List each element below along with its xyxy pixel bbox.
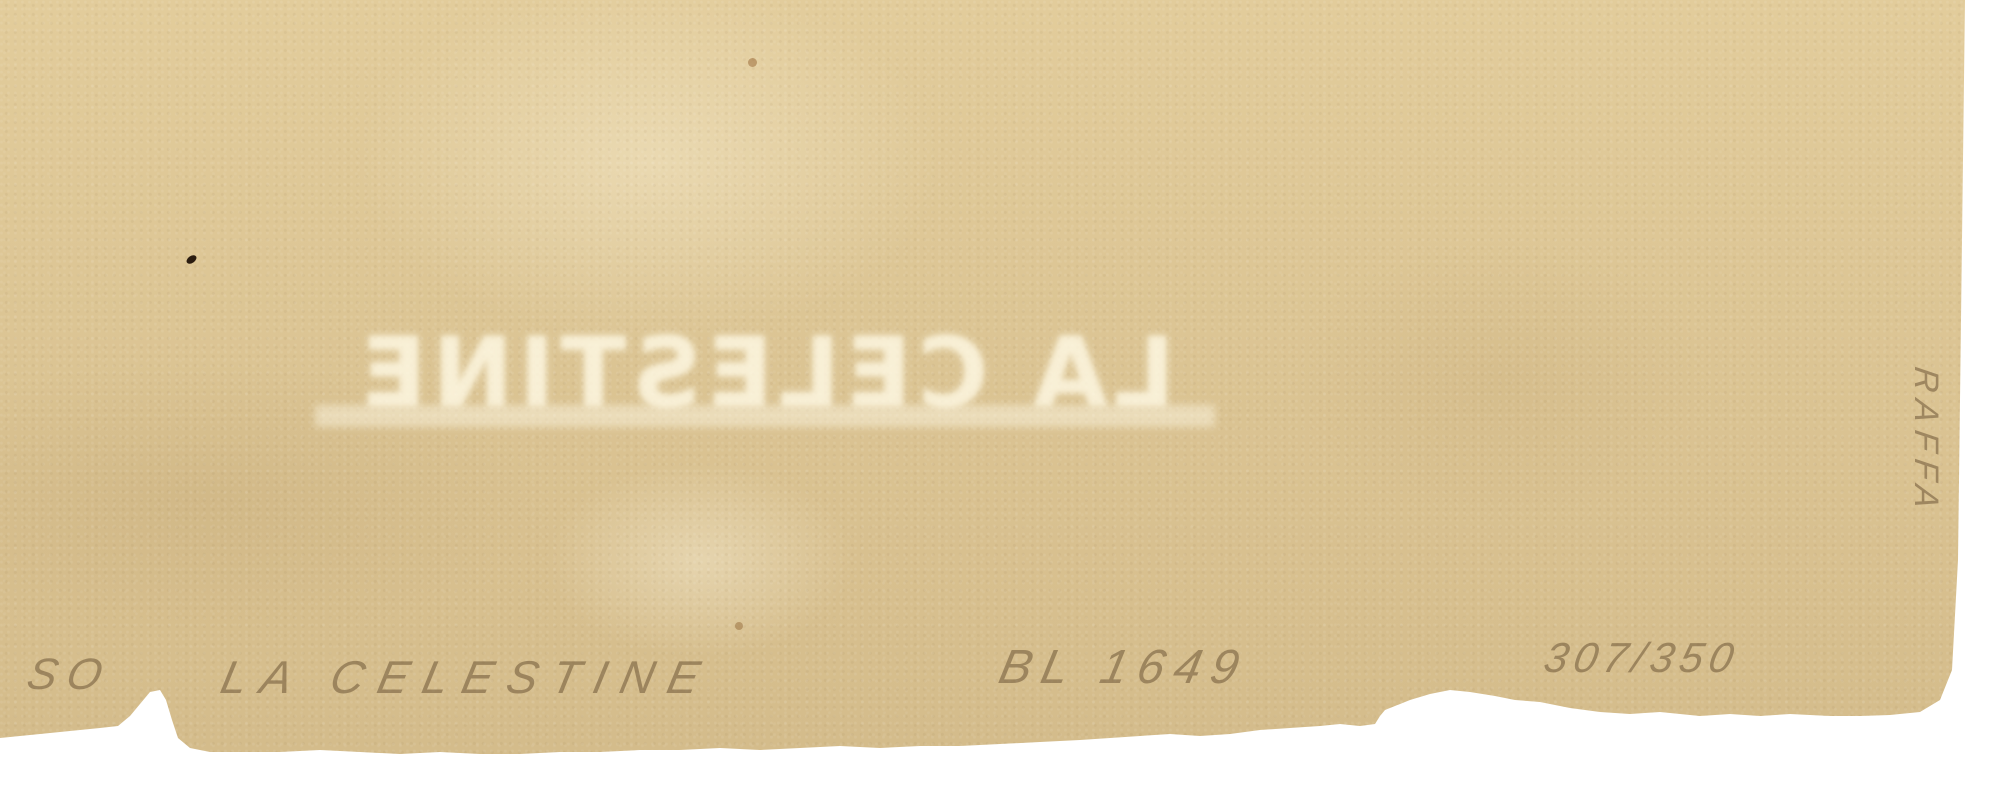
inscription-catalogue-ref: BL 1649 [994, 640, 1254, 695]
inscription-vertical-signature: RAFFA [1906, 365, 1945, 519]
blind-emboss-title: LA CELESTINE [318, 322, 1212, 424]
aged-paper-sheet: LA CELESTINE SO LA CELESTINE BL 1649 307… [0, 0, 1980, 797]
inscription-edition-number: 307/350 [1540, 634, 1744, 682]
photograph: LA CELESTINE SO LA CELESTINE BL 1649 307… [0, 0, 2000, 797]
inscription-title: LA CELESTINE [216, 650, 718, 704]
foxing-spot [735, 622, 743, 630]
foxing-spot [748, 58, 757, 67]
inscription-left-fragment: SO [23, 650, 117, 700]
